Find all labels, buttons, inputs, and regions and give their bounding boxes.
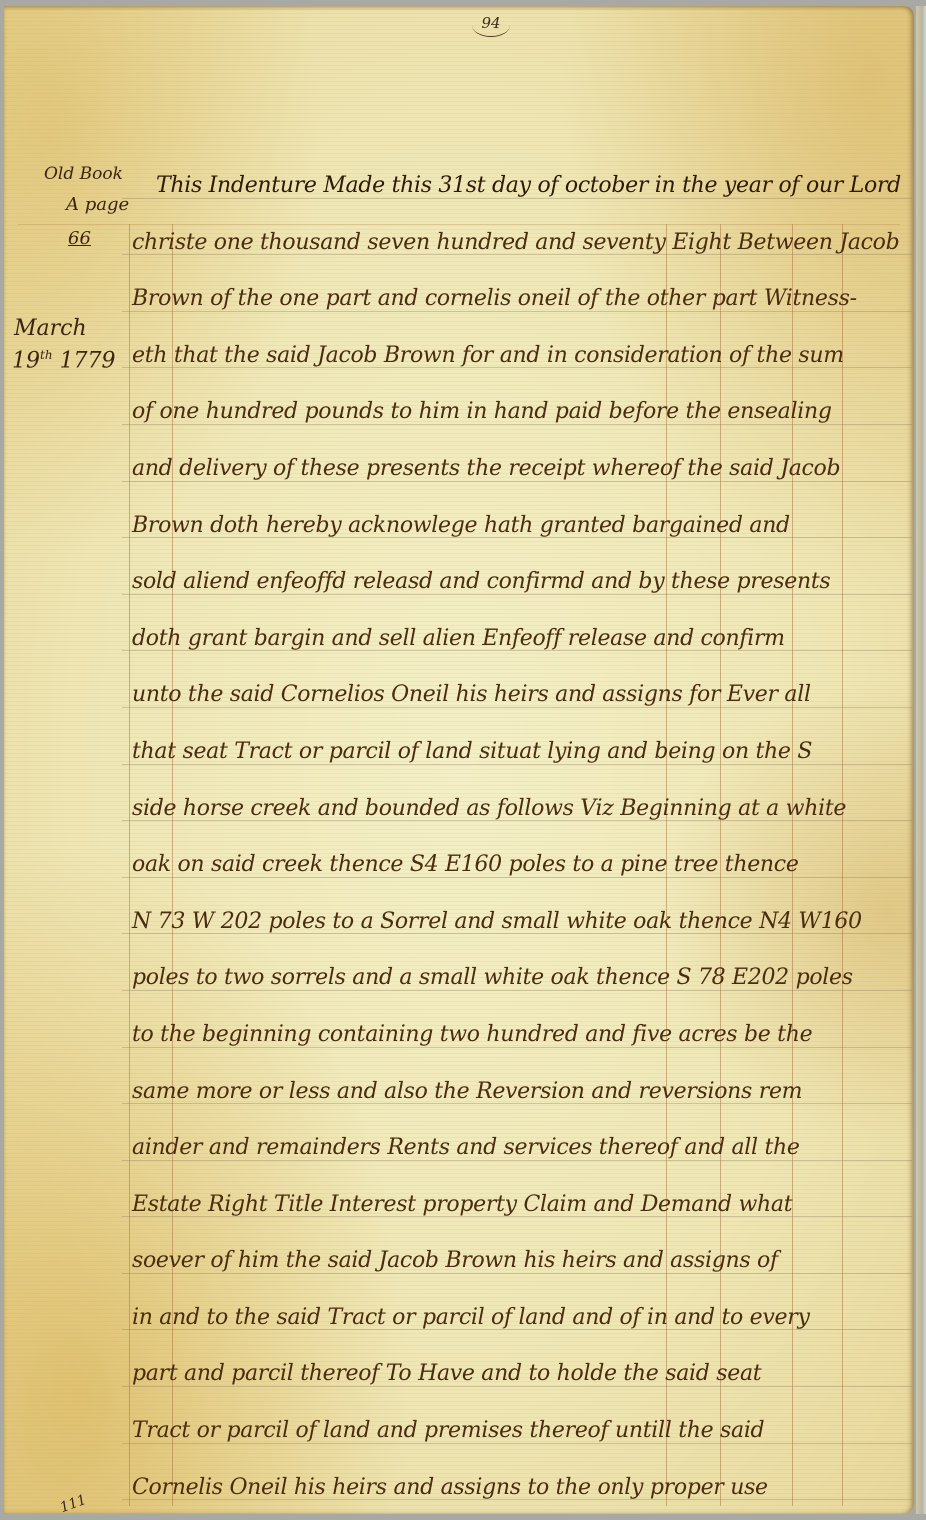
margin-note-tally: 111 <box>58 1492 89 1516</box>
deed-line: ainder and remainders Rents and services… <box>132 1120 912 1177</box>
margin-note-recorded-month: March <box>14 316 87 341</box>
deed-line: same more or less and also the Reversion… <box>132 1064 912 1121</box>
margin-note-page: A page <box>66 194 129 215</box>
page-edge <box>916 6 926 1514</box>
deed-line: doth grant bargin and sell alien Enfeoff… <box>132 611 912 668</box>
deed-line: soever of him the said Jacob Brown his h… <box>132 1233 912 1290</box>
margin-note-book: Old Book <box>44 164 123 184</box>
deed-line: sold aliend enfeoffd releasd and confirm… <box>132 554 912 611</box>
deed-line: that seat Tract or parcil of land situat… <box>132 724 912 781</box>
margin-note-page-number: 66 <box>68 228 91 249</box>
ledger-page: 94 Old Book A page 66 March 19th 1779 11… <box>4 6 914 1514</box>
deed-line: oak on said creek thence S4 E160 poles t… <box>132 837 912 894</box>
deed-line: Brown doth hereby acknowlege hath grante… <box>132 498 912 555</box>
page-number: 94 <box>472 14 510 37</box>
recorded-year: 1779 <box>60 348 116 373</box>
deed-body-text: This Indenture Made this 31st day of oct… <box>132 158 912 1516</box>
margin-rule-left <box>129 224 130 1506</box>
deed-line: side horse creek and bounded as follows … <box>132 781 912 838</box>
deed-line: unto the said Cornelios Oneil his heirs … <box>132 667 912 724</box>
deed-line: N 73 W 202 poles to a Sorrel and small w… <box>132 894 912 951</box>
recorded-day: 19 <box>12 348 40 373</box>
deed-line: Cornelis Oneil his heirs and assigns to … <box>132 1460 912 1517</box>
deed-line: part and parcil thereof To Have and to h… <box>132 1346 912 1403</box>
margin-note-recorded-date: 19th 1779 <box>12 348 116 373</box>
deed-line: to the beginning containing two hundred … <box>132 1007 912 1064</box>
deed-line: of one hundred pounds to him in hand pai… <box>132 384 912 441</box>
deed-line: Tract or parcil of land and premises the… <box>132 1403 912 1460</box>
deed-line: Estate Right Title Interest property Cla… <box>132 1177 912 1234</box>
deed-line: poles to two sorrels and a small white o… <box>132 950 912 1007</box>
deed-line: in and to the said Tract or parcil of la… <box>132 1290 912 1347</box>
deed-line: Brown of the one part and cornelis oneil… <box>132 271 912 328</box>
deed-line: and delivery of these presents the recei… <box>132 441 912 498</box>
deed-line: This Indenture Made this 31st day of oct… <box>132 158 912 215</box>
deed-line: christe one thousand seven hundred and s… <box>132 215 912 272</box>
recorded-day-suffix: th <box>40 348 53 362</box>
deed-line: eth that the said Jacob Brown for and in… <box>132 328 912 385</box>
